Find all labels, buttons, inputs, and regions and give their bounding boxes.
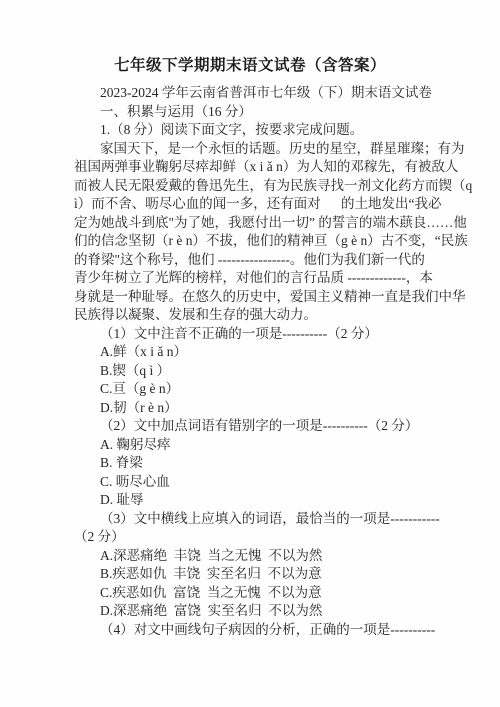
text-line: 的脊梁"这个称号，他们 ----------------。他们为我们新一代的 [74, 251, 438, 270]
text-line: 而被人民无限爱戴的鲁迅先生，有为民族寻找一剂文化药方而锲（q [74, 177, 438, 196]
text-line: ì）而不舍、呖尽心血的闻一多，还有面对 的土地发出“我必 [74, 195, 438, 214]
text-line: C. 呖尽心血 [74, 473, 438, 492]
text-line: 2023-2024 学年云南省普洱市七年级（下）期末语文试卷 [74, 84, 438, 103]
text-line: 祖国两弹事业鞠躬尽瘁却鲜（x i ǎ n）为人知的邓稼先，有被敌人 [74, 158, 438, 177]
text-line: 定为她战斗到底"为了她，我愿付出一切” 的誓言的端木蕻良……他 [74, 214, 438, 233]
text-line: 家国天下，是一个永恒的话题。历史的星空，群星璀璨；有为 [74, 140, 438, 159]
text-line: B.疾恶如仇 丰饶 实至名归 不以为意 [74, 565, 438, 584]
text-line: B. 脊梁 [74, 454, 438, 473]
text-line: B.锲（q ì ） [74, 362, 438, 381]
text-line: D.韧（r è n） [74, 399, 438, 418]
text-line: （3）文中横线上应填入的词语，最恰当的一项是----------- [74, 510, 438, 529]
text-line: （2 分） [74, 528, 438, 547]
exam-document-page: 七年级下学期期末语文试卷（含答案） 2023-2024 学年云南省普洱市七年级（… [0, 0, 500, 707]
lines-container: 2023-2024 学年云南省普洱市七年级（下）期末语文试卷一、积累与运用（16… [74, 84, 438, 639]
text-line: 民族得以凝聚、发展和生存的强大动力。 [74, 306, 438, 325]
text-line: （1）文中注音不正确的一项是----------（2 分） [74, 325, 438, 344]
text-line: A.深恶痛绝 丰饶 当之无愧 不以为然 [74, 547, 438, 566]
page-title: 七年级下学期期末语文试卷（含答案） [0, 53, 500, 75]
text-line: 1.（8 分）阅读下面文字，按要求完成问题。 [74, 121, 438, 140]
text-line: 身就是一种耻辱。在悠久的历史中，爱国主义精神一直是我们中华 [74, 288, 438, 307]
text-line: 一、积累与运用（16 分） [74, 103, 438, 122]
text-line: 们的信念坚韧（r è n）不拔，他们的精神亘（g è n）古不变，“民族 [74, 232, 438, 251]
text-line: 青少年树立了光辉的榜样，对他们的言行品质 -------------，本 [74, 269, 438, 288]
text-line: C.疾恶如仇 富饶 当之无愧 不以为意 [74, 584, 438, 603]
text-line: A. 鞠躬尽瘁 [74, 436, 438, 455]
text-line: （4）对文中画线句子病因的分析，正确的一项是---------- [74, 621, 438, 640]
text-line: D. 耻辱 [74, 491, 438, 510]
text-line: D.深恶痛绝 富饶 实至名归 不以为然 [74, 602, 438, 621]
text-line: （2）文中加点词语有错别字的一项是----------（2 分） [74, 417, 438, 436]
text-line: C.亘（g è n） [74, 380, 438, 399]
text-line: A.鲜（x i ǎ n） [74, 343, 438, 362]
